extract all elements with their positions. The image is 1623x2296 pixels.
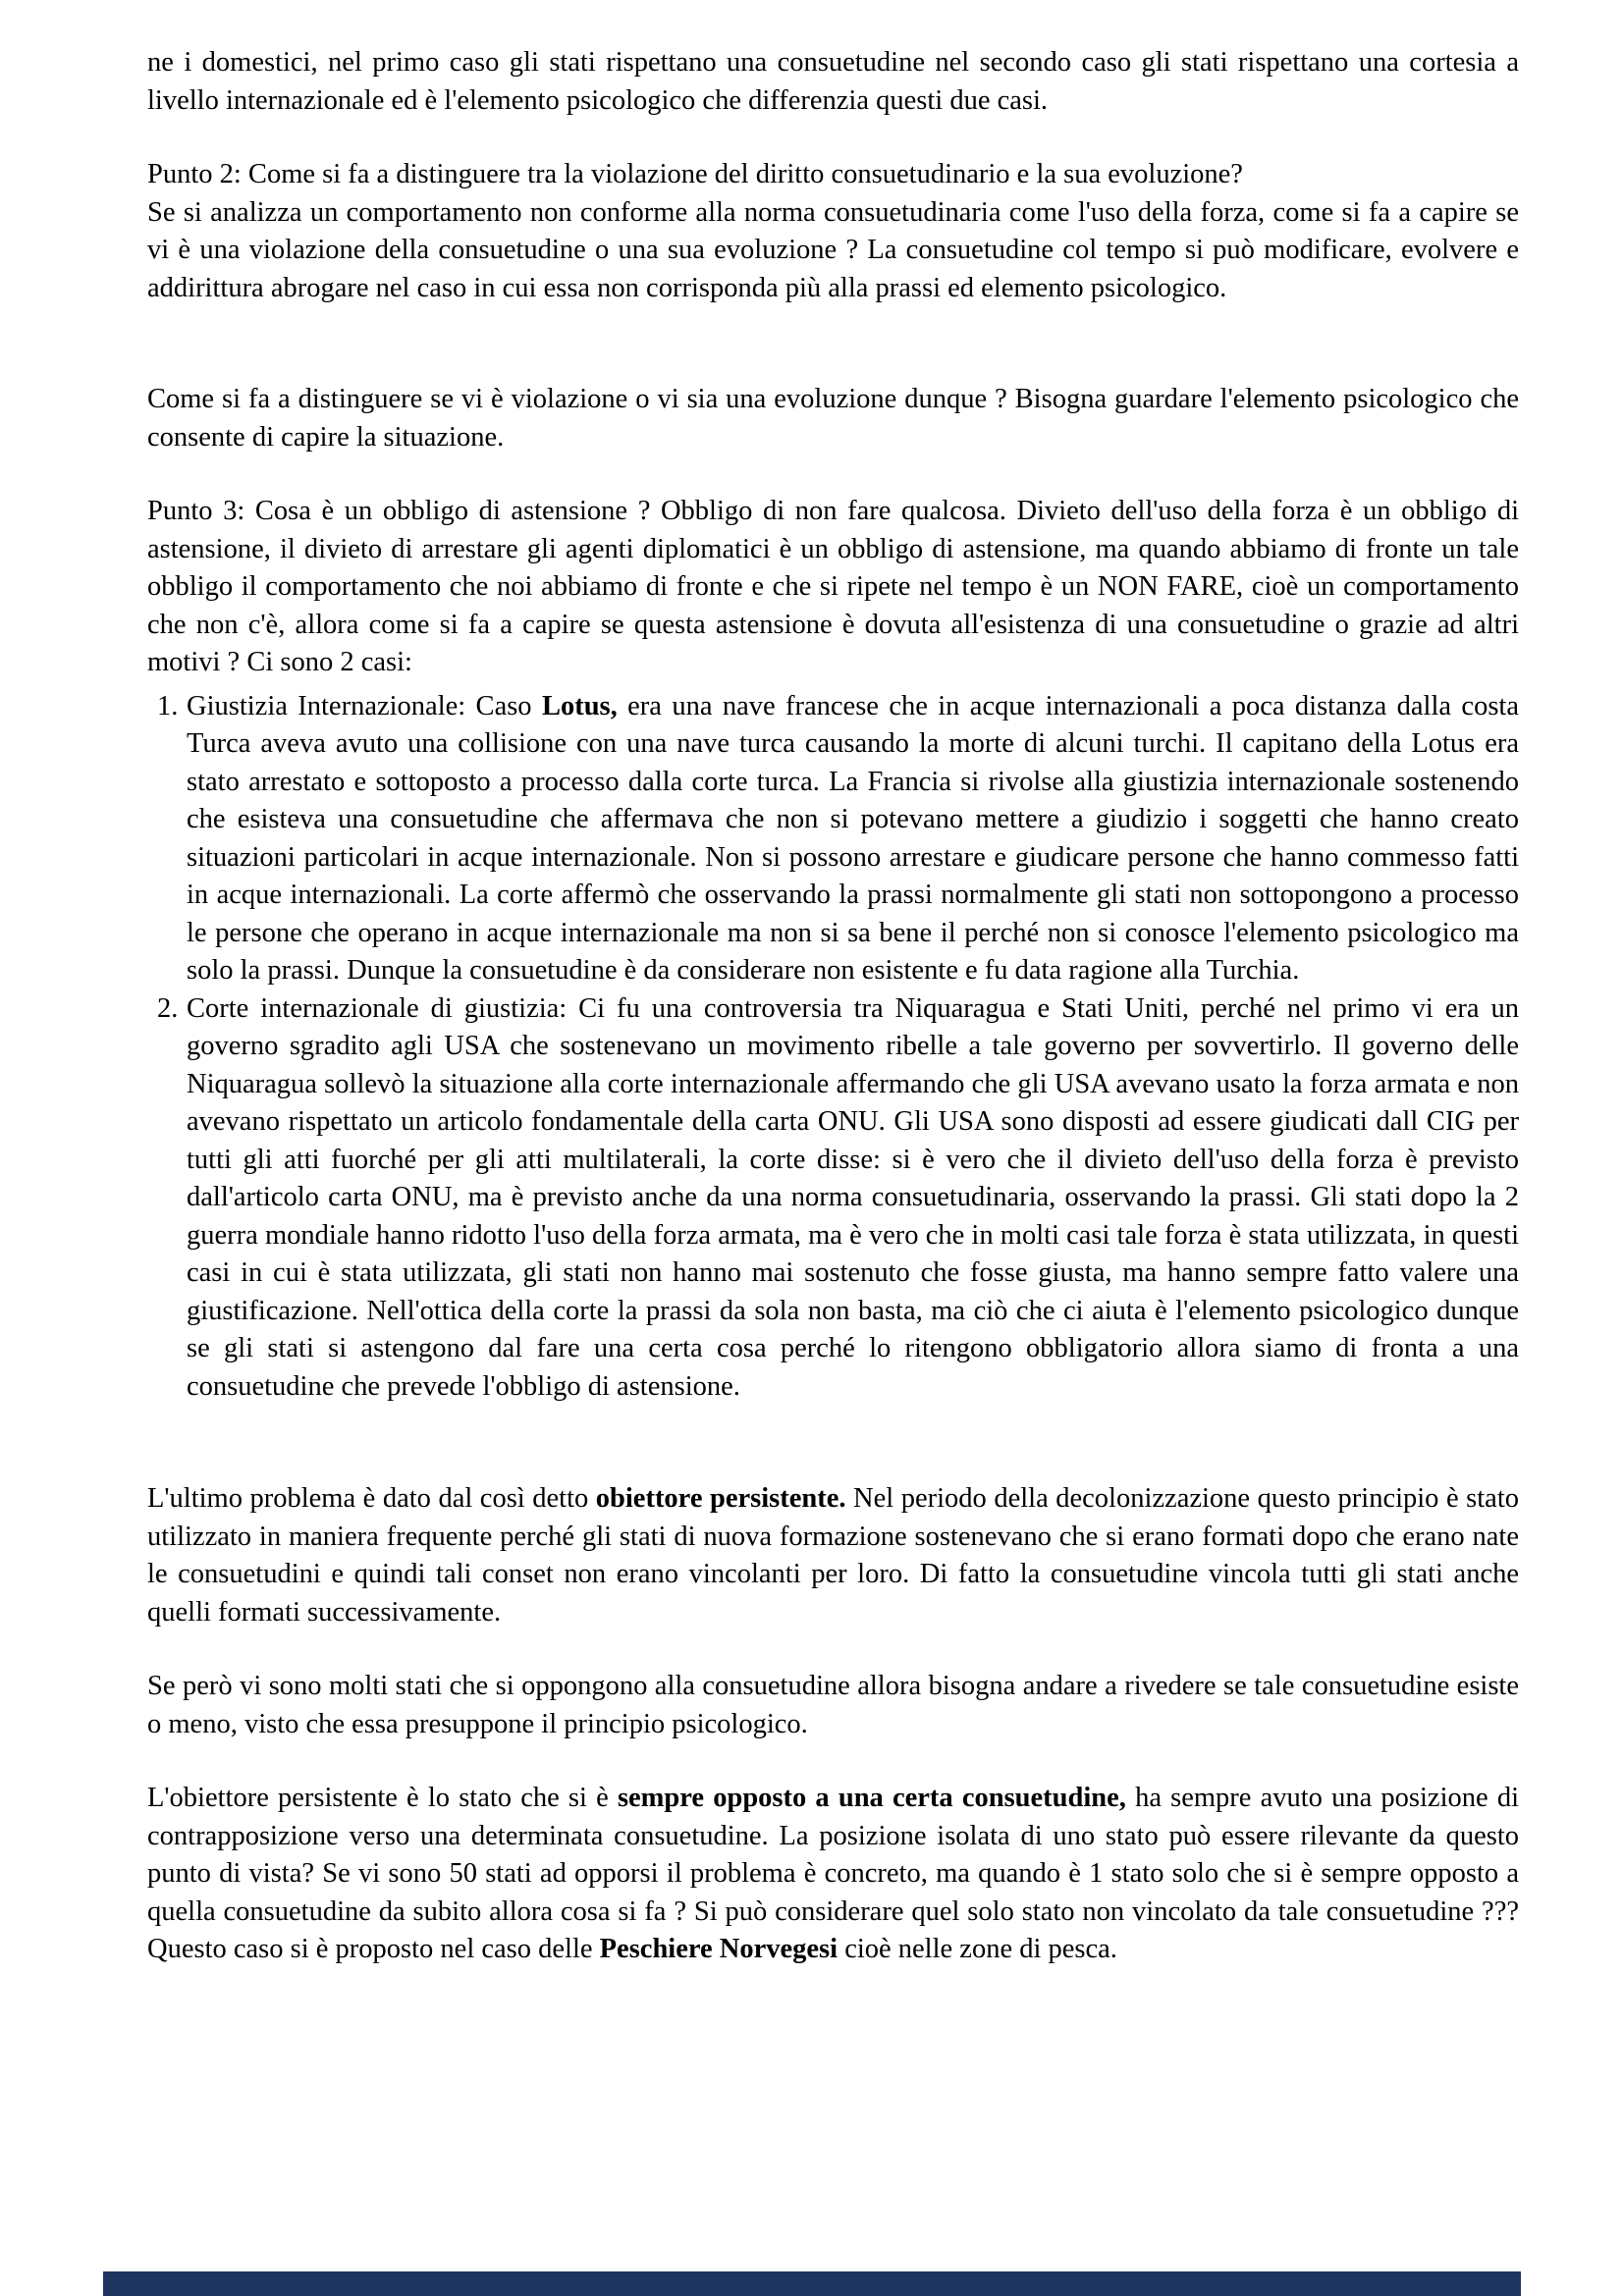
paragraph-distinzione: Come si fa a distinguere se vi è violazi… xyxy=(147,381,1519,456)
punto2-body: Se si analizza un comportamento non conf… xyxy=(147,194,1519,308)
footer-banner-bar xyxy=(103,2271,1521,2296)
list-item-cig: 2.Corte internazionale di giustizia: Ci … xyxy=(147,990,1519,1407)
punto3-paragraph: Punto 3: Cosa è un obbligo di astensione… xyxy=(147,493,1519,682)
list-item-number: 2. xyxy=(157,990,178,1029)
list-item-number: 1. xyxy=(157,688,178,726)
document-page: ne i domestici, nel primo caso gli stati… xyxy=(0,0,1623,2296)
punto2-heading: Punto 2: Come si fa a distinguere tra la… xyxy=(147,156,1519,194)
list-item-lotus: 1.Giustizia Internazionale: Caso Lotus, … xyxy=(147,688,1519,990)
cases-list: 1.Giustizia Internazionale: Caso Lotus, … xyxy=(147,688,1519,1407)
document-text-column: ne i domestici, nel primo caso gli stati… xyxy=(147,44,1519,1969)
persistent-objector-intro: L'ultimo problema è dato dal così detto … xyxy=(147,1480,1519,1631)
list-item-text: Giustizia Internazionale: Caso Lotus, er… xyxy=(187,691,1519,987)
list-item-text: Corte internazionale di giustizia: Ci fu… xyxy=(187,993,1519,1402)
many-states-paragraph: Se però vi sono molti stati che si oppon… xyxy=(147,1668,1519,1743)
persistent-objector-definition: L'obiettore persistente è lo stato che s… xyxy=(147,1780,1519,1969)
paragraph-continuation: ne i domestici, nel primo caso gli stati… xyxy=(147,44,1519,120)
